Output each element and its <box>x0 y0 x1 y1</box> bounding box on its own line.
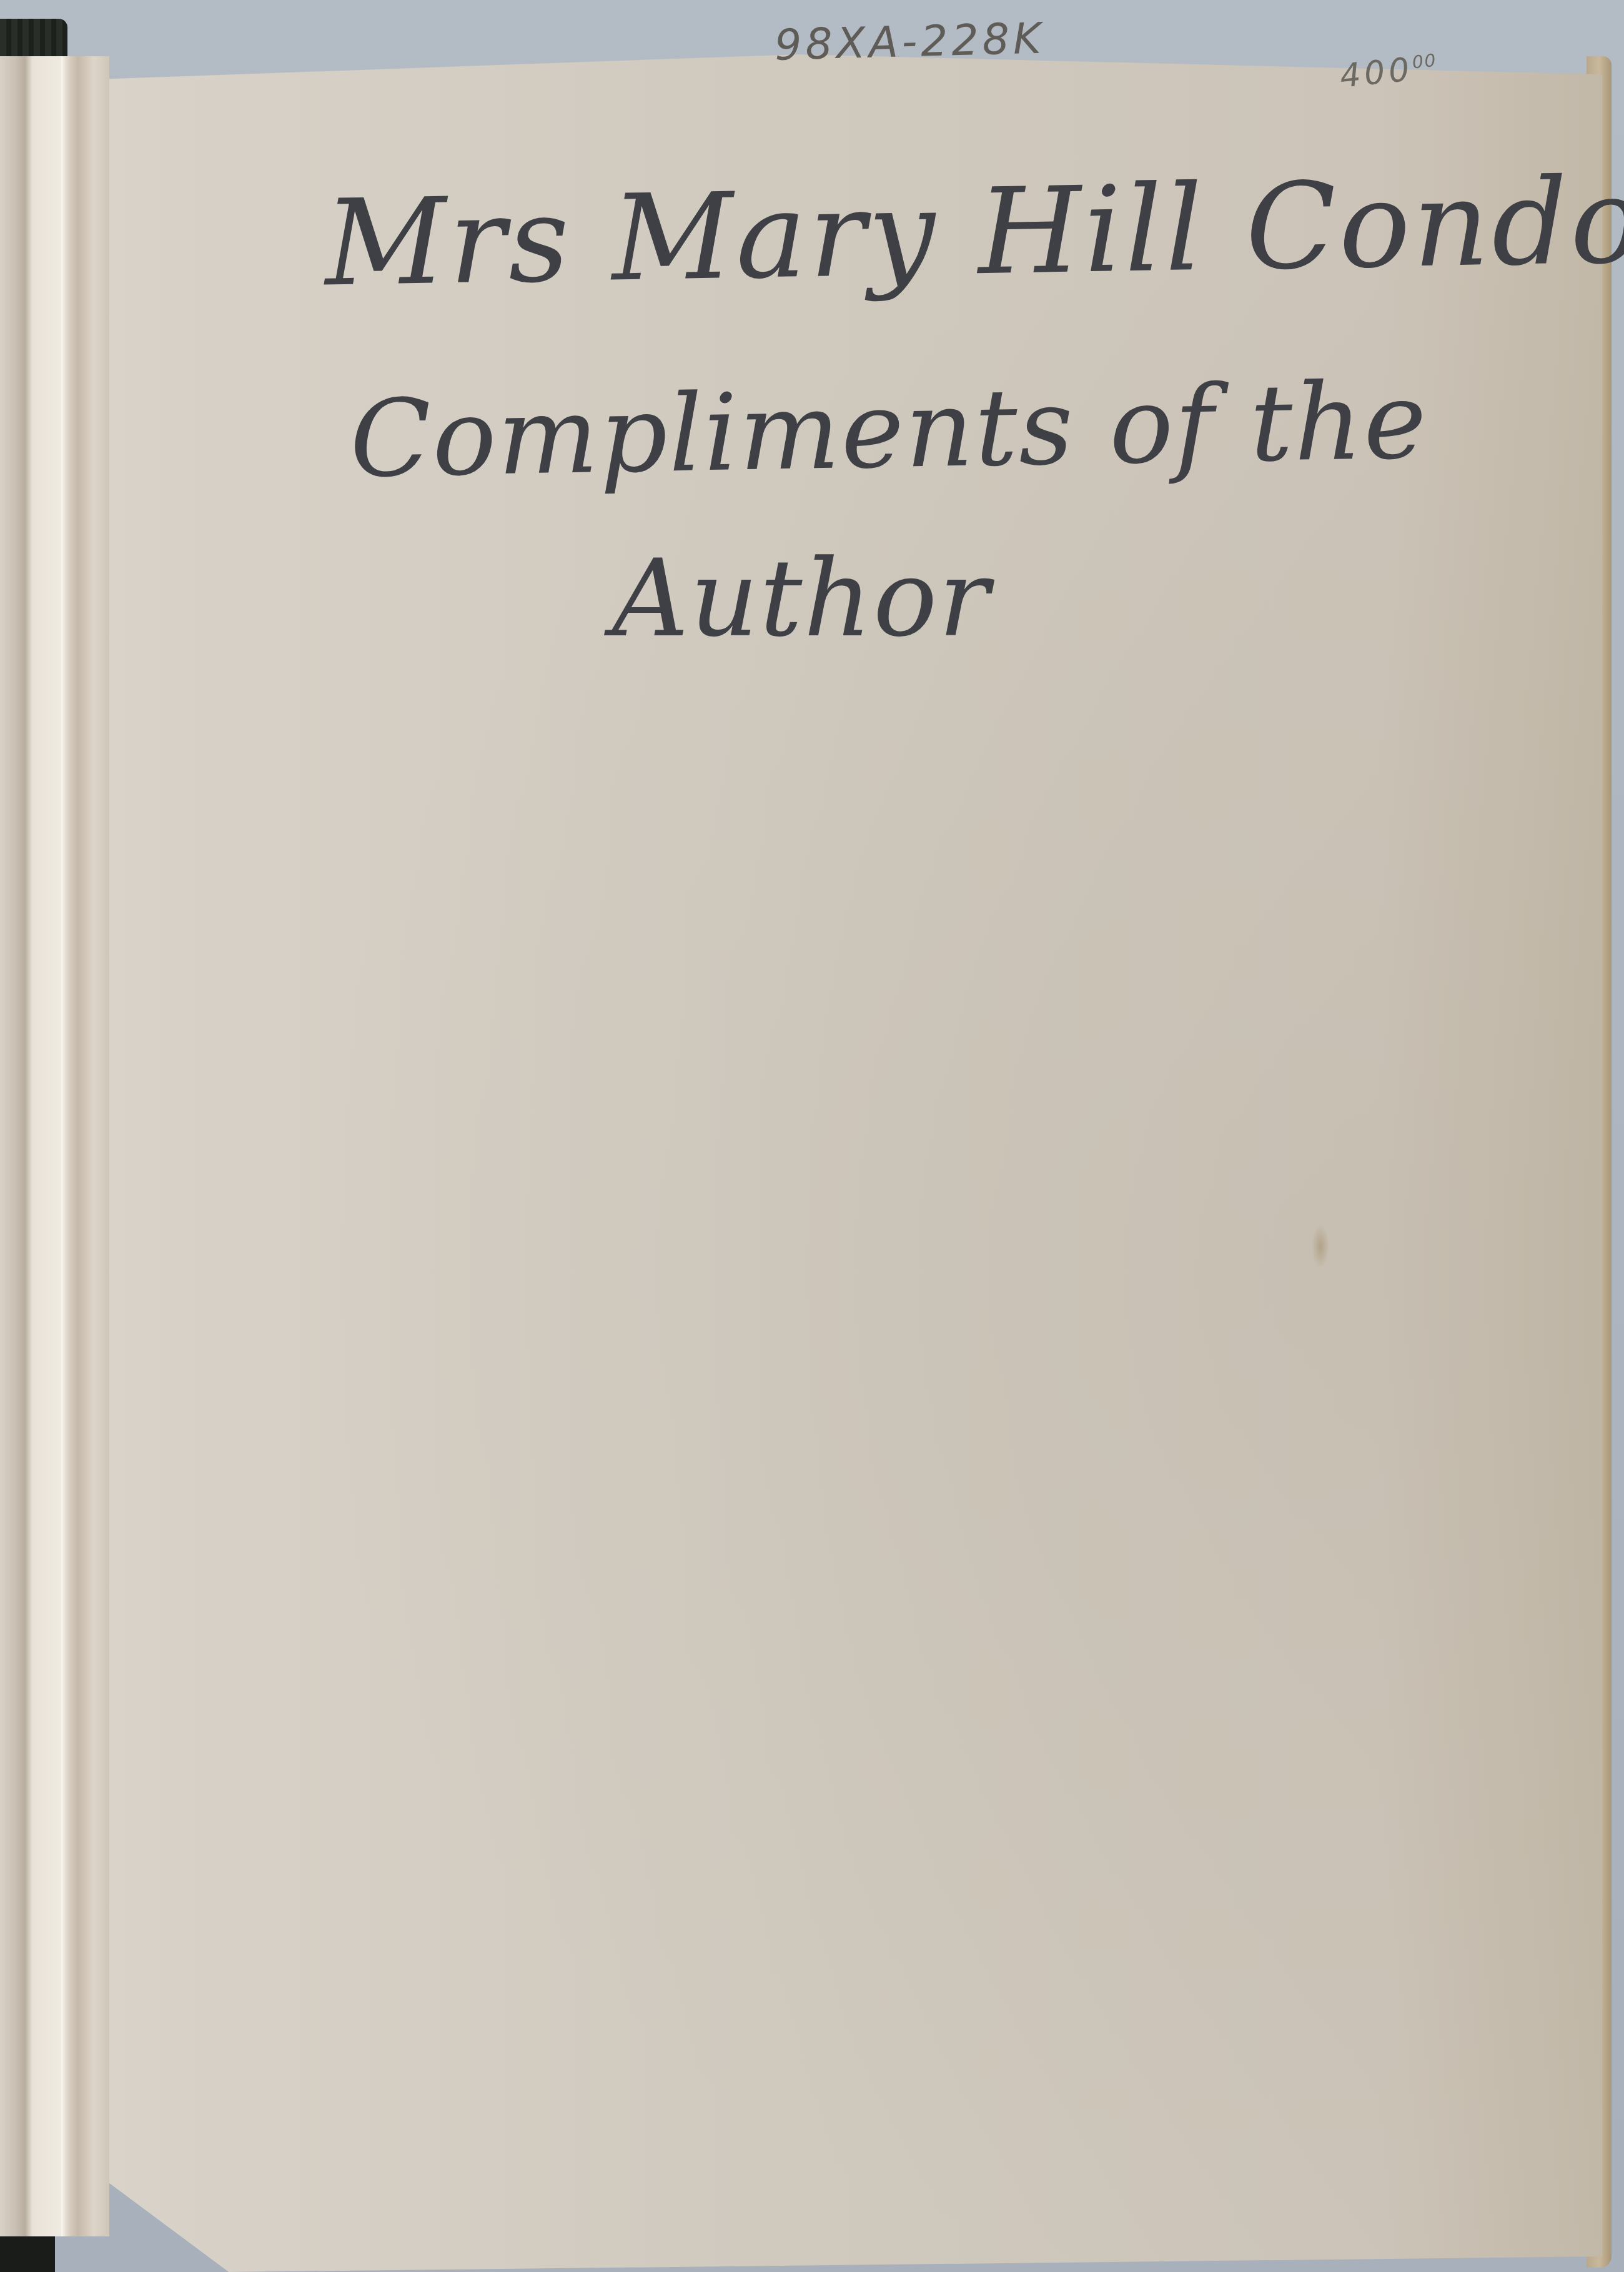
foxing-stain <box>1312 1224 1329 1268</box>
inscription-recipient: Mrs Mary Hill Condon <box>324 150 1624 312</box>
pencil-catalog-number: 98XA-228K <box>774 14 1045 70</box>
book-gutter-hinge <box>0 56 109 2236</box>
price-value: 400 <box>1338 51 1415 96</box>
book-cover-top-edge <box>0 19 67 57</box>
gutter-fold-highlight <box>61 56 65 2236</box>
book-cover-bottom-edge <box>0 2235 55 2272</box>
inscription-author: Author <box>612 537 991 661</box>
price-superscript: 00 <box>1411 50 1438 73</box>
inscription-compliments: Compliments of the <box>349 359 1428 502</box>
